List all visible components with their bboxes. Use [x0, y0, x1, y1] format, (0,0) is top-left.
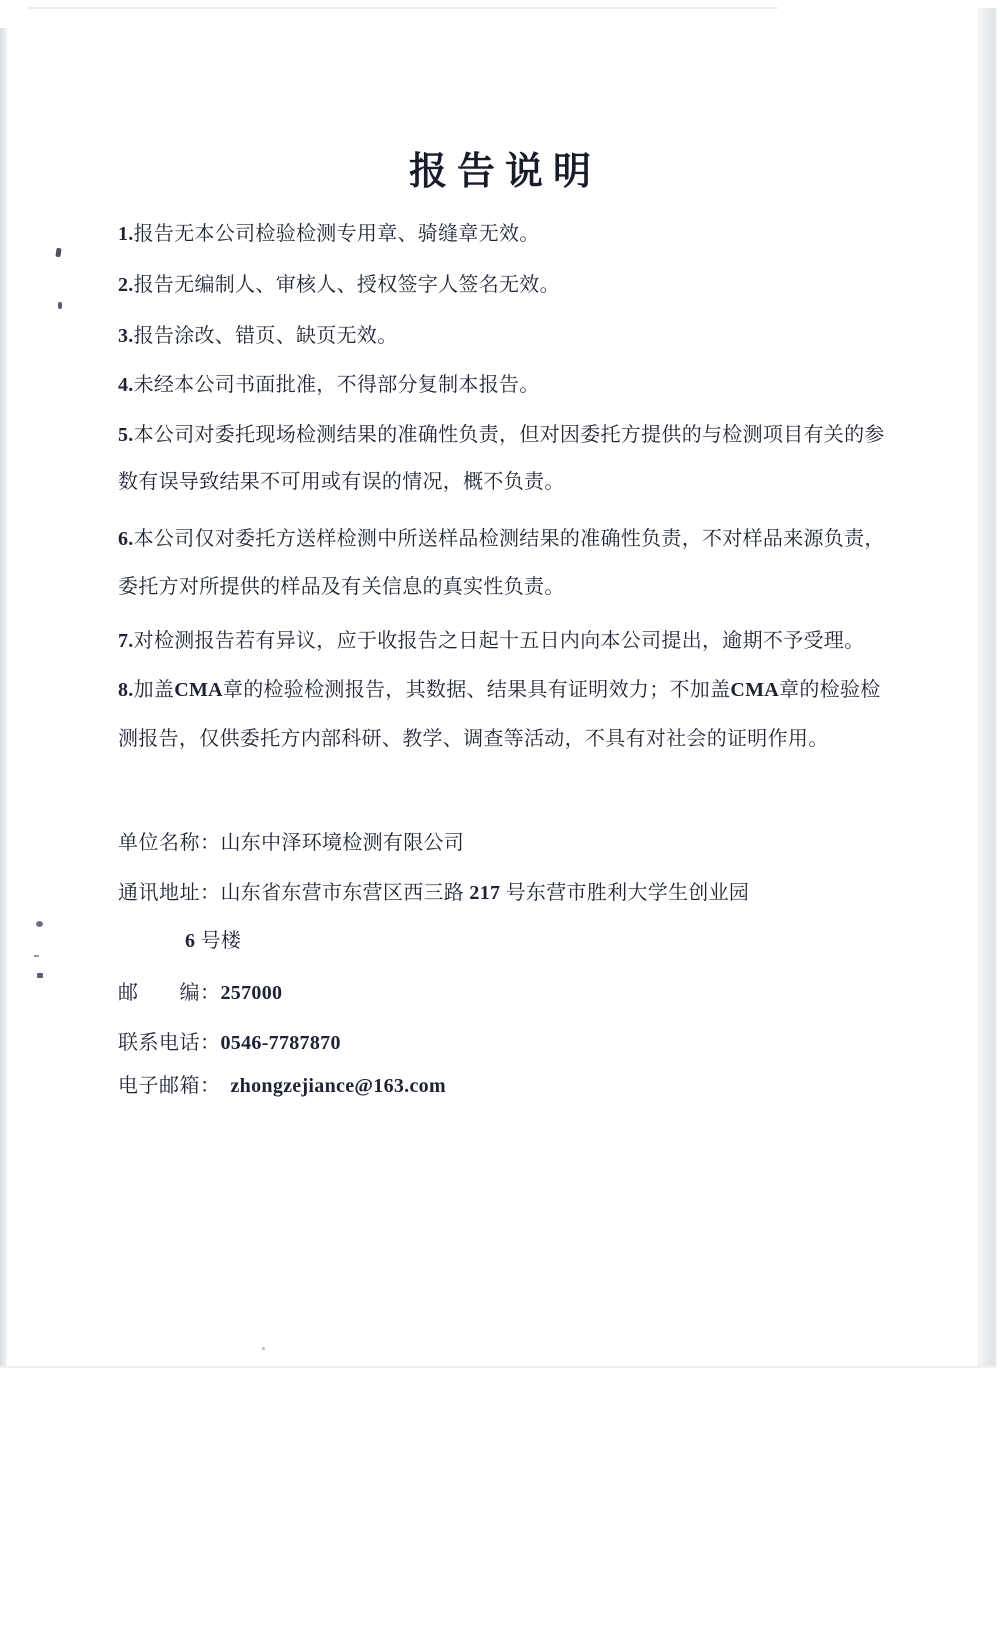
note-6-number: 6. [118, 528, 134, 550]
note-8-cma-1: CMA [174, 679, 223, 701]
note-6-text-2: 委托方对所提供的样品及有关信息的真实性负责。 [118, 576, 565, 598]
note-8-text-b: 章的检验检测报告，其数据、结果具有证明效力；不加盖 [223, 679, 731, 701]
note-8-text-a: 加盖 [134, 679, 175, 701]
building-number: 6 [185, 930, 195, 952]
address-label: 通讯地址： [118, 882, 221, 904]
phone-row: 联系电话：0546-7787870 [118, 1031, 341, 1056]
note-8-text-c: 章的检验检 [779, 679, 881, 701]
note-2-number: 2. [118, 274, 134, 296]
note-2-text: 报告无编制人、审核人、授权签字人签名无效。 [134, 274, 560, 296]
company-name-row: 单位名称：山东中泽环境检测有限公司 [118, 831, 464, 856]
note-8-line-1: 8.加盖CMA章的检验检测报告，其数据、结果具有证明效力；不加盖CMA章的检验检 [118, 678, 881, 703]
scan-speck [262, 1347, 265, 1350]
note-4-number: 4. [118, 374, 134, 396]
note-1-text: 报告无本公司检验检测专用章、骑缝章无效。 [134, 223, 540, 245]
note-3-number: 3. [118, 325, 134, 347]
scan-speck [37, 973, 43, 978]
note-6-line-2: 委托方对所提供的样品及有关信息的真实性负责。 [118, 575, 565, 600]
email-value: zhongzejiance@163.com [231, 1075, 446, 1097]
note-8-line-2: 测报告，仅供委托方内部科研、教学、调查等活动，不具有对社会的证明作用。 [118, 727, 829, 752]
note-5-text-2: 数有误导致结果不可用或有误的情况，概不负责。 [118, 471, 565, 493]
scanned-report-notes-page: 报告说明 1.报告无本公司检验检测专用章、骑缝章无效。 2.报告无编制人、审核人… [0, 0, 1000, 1647]
scan-speck [55, 248, 61, 258]
postcode-row: 邮 编：257000 [118, 981, 282, 1006]
address-value-pre: 山东省东营市东营区西三路 [221, 882, 470, 904]
building-text: 号楼 [195, 930, 241, 952]
postcode-label: 邮 编： [118, 982, 221, 1004]
scan-edge-bottom [0, 1366, 997, 1368]
note-4: 4.未经本公司书面批准，不得部分复制本报告。 [118, 373, 540, 398]
scan-speck [36, 921, 43, 927]
note-8-cma-2: CMA [730, 679, 779, 701]
note-5-line-1: 5.本公司对委托现场检测结果的准确性负责，但对因委托方提供的与检测项目有关的参 [118, 423, 885, 448]
note-4-text: 未经本公司书面批准，不得部分复制本报告。 [134, 374, 540, 396]
note-3-text: 报告涂改、错页、缺页无效。 [134, 325, 398, 347]
phone-value: 0546-7787870 [221, 1032, 341, 1054]
phone-label: 联系电话： [118, 1032, 221, 1054]
scan-speck [34, 955, 39, 957]
address-street-number: 217 [469, 882, 500, 904]
note-6-line-1: 6.本公司仅对委托方送样检测中所送样品检测结果的准确性负责，不对样品来源负责， [118, 527, 885, 552]
company-name-label: 单位名称： [118, 832, 221, 854]
note-5-text-1: 本公司对委托现场检测结果的准确性负责，但对因委托方提供的与检测项目有关的参 [134, 424, 885, 446]
email-row: 电子邮箱：zhongzejiance@163.com [118, 1074, 446, 1099]
address-value-post: 号东营市胜利大学生创业园 [500, 882, 749, 904]
note-1-number: 1. [118, 223, 134, 245]
note-7-text: 对检测报告若有异议，应于收报告之日起十五日内向本公司提出，逾期不予受理。 [134, 630, 865, 652]
email-label: 电子邮箱： [118, 1075, 221, 1097]
scan-edge-left [0, 28, 7, 1366]
note-3: 3.报告涂改、错页、缺页无效。 [118, 324, 398, 349]
note-1: 1.报告无本公司检验检测专用章、骑缝章无效。 [118, 222, 540, 247]
address-row: 通讯地址：山东省东营市东营区西三路 217 号东营市胜利大学生创业园 [118, 881, 749, 906]
note-2: 2.报告无编制人、审核人、授权签字人签名无效。 [118, 273, 560, 298]
note-5-line-2: 数有误导致结果不可用或有误的情况，概不负责。 [118, 470, 565, 495]
scan-speck [58, 302, 62, 309]
note-5-number: 5. [118, 424, 134, 446]
note-7-number: 7. [118, 630, 134, 652]
note-7: 7.对检测报告若有异议，应于收报告之日起十五日内向本公司提出，逾期不予受理。 [118, 629, 864, 654]
address-row-2: 6 号楼 [185, 929, 241, 954]
page-title: 报告说明 [0, 140, 1000, 195]
company-name-value: 山东中泽环境检测有限公司 [221, 832, 465, 854]
note-8-number: 8. [118, 679, 134, 701]
scan-edge-right [977, 8, 997, 1368]
scan-edge-top [28, 7, 778, 9]
note-6-text-1: 本公司仅对委托方送样检测中所送样品检测结果的准确性负责，不对样品来源负责， [134, 528, 885, 550]
postcode-value: 257000 [221, 982, 283, 1004]
note-8-text-2: 测报告，仅供委托方内部科研、教学、调查等活动，不具有对社会的证明作用。 [118, 728, 829, 750]
